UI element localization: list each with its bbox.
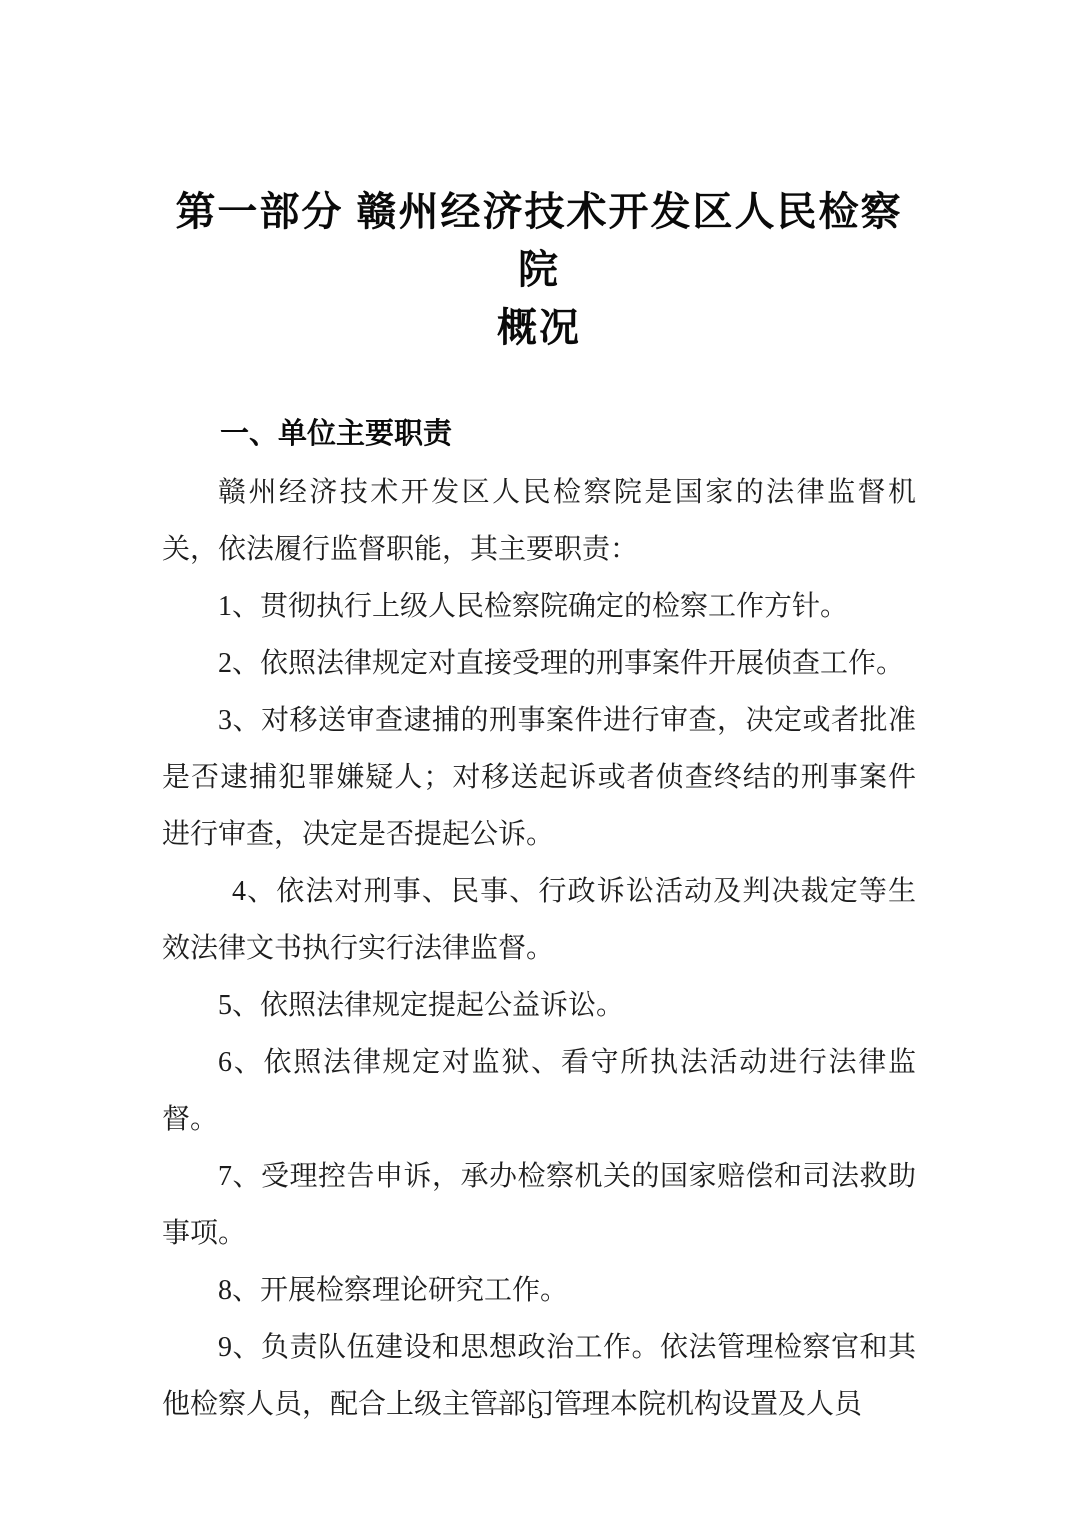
paragraph: 4、依法对刑事、民事、行政诉讼活动及判决裁定等生效法律文书执行实行法律监督。 — [162, 863, 916, 977]
document-title: 第一部分 赣州经济技术开发区人民检察院 概况 — [162, 183, 916, 357]
document-page: 第一部分 赣州经济技术开发区人民检察院 概况 一、单位主要职责 赣州经济技术开发… — [0, 0, 1074, 1520]
page-number: 3 — [531, 1397, 544, 1424]
paragraph: 1、贯彻执行上级人民检察院确定的检察工作方针。 — [162, 578, 916, 635]
paragraph: 6、依照法律规定对监狱、看守所执法活动进行法律监督。 — [162, 1034, 916, 1148]
paragraph: 赣州经济技术开发区人民检察院是国家的法律监督机关，依法履行监督职能，其主要职责： — [162, 464, 916, 578]
title-line-1: 第一部分 赣州经济技术开发区人民检察院 — [162, 183, 916, 299]
paragraph: 8、开展检察理论研究工作。 — [162, 1262, 916, 1319]
document-body: 赣州经济技术开发区人民检察院是国家的法律监督机关，依法履行监督职能，其主要职责：… — [162, 464, 916, 1433]
footer-dash-right: — — [566, 1394, 591, 1421]
paragraph: 3、对移送审查逮捕的刑事案件进行审查，决定或者批准是否逮捕犯罪嫌疑人；对移送起诉… — [162, 692, 916, 863]
paragraph: 7、受理控告申诉，承办检察机关的国家赔偿和司法救助事项。 — [162, 1148, 916, 1262]
page-footer: — 3 — — [0, 1396, 1074, 1426]
paragraph: 2、依照法律规定对直接受理的刑事案件开展侦查工作。 — [162, 635, 916, 692]
footer-dash-left: — — [484, 1394, 509, 1421]
section-heading: 一、单位主要职责 — [162, 414, 916, 455]
paragraph: 5、依照法律规定提起公益诉讼。 — [162, 977, 916, 1034]
title-line-2: 概况 — [162, 299, 916, 357]
